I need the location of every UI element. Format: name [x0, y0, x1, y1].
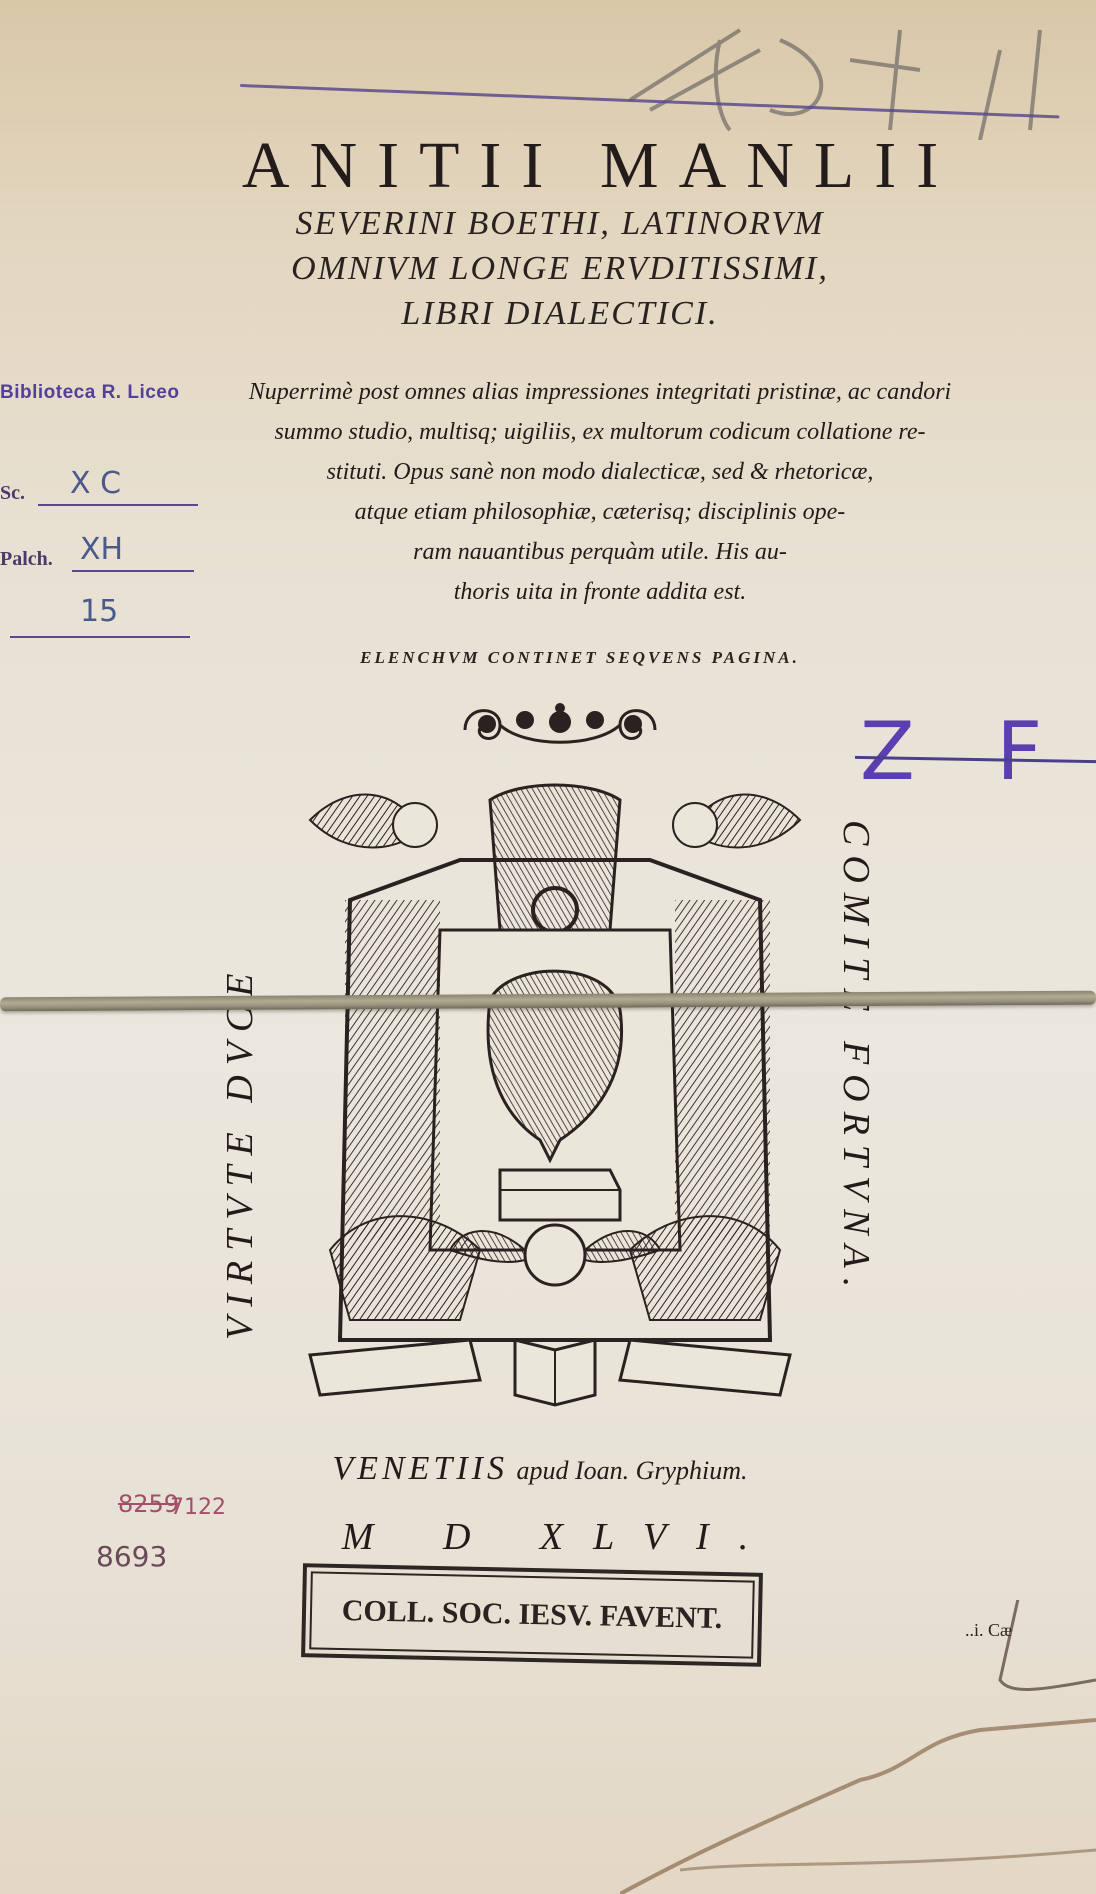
contents-note: ELENCHVM CONTINET SEQVENS PAGINA.: [270, 648, 890, 668]
printer-device-woodcut-icon: [290, 780, 820, 1420]
inventory-number: 7122: [170, 1495, 226, 1520]
torn-corner-icon: [620, 1600, 1096, 1894]
title-page: 47 F 14 ANITII MANLII SEVERINI BOETHI, L…: [0, 0, 1096, 1894]
description-line: Nuperrimè post omnes alias impressiones …: [200, 372, 1000, 412]
stamp-label-palch: Palch.: [0, 548, 53, 571]
title-line-1: ANITII MANLII: [120, 128, 1080, 204]
title-line-4: LIBRI DIALECTICI.: [150, 295, 970, 333]
title-line-3: OMNIVM LONGE ERVDITISSIMI,: [150, 250, 970, 288]
stamp-line: [38, 504, 198, 506]
torn-fragment-text: ..i. Cæ: [965, 1620, 1012, 1641]
pencil-scribble-icon: [620, 10, 1080, 140]
stamp-line: [10, 636, 190, 638]
library-stamp-header: Biblioteca R. Liceo: [0, 382, 179, 404]
stamp-label-sc: Sc.: [0, 482, 25, 505]
title-line-2: SEVERINI BOETHI, LATINORVM: [150, 205, 970, 243]
imprint-line: VENETIIS apud Ioan. Gryphium.: [240, 1450, 840, 1488]
fleuron-ornament-icon: [455, 700, 665, 750]
current-inventory-number: 8693: [96, 1540, 167, 1573]
shelf-value-sc: X C: [70, 466, 121, 501]
description-line: thoris uita in fronte addita est.: [200, 572, 1000, 612]
description-paragraph: Nuperrimè post omnes alias impressiones …: [200, 372, 1000, 612]
shelf-value-number: 15: [80, 594, 118, 629]
description-line: stituti. Opus sanè non modo dialecticæ, …: [200, 452, 1000, 492]
imprint-place: VENETIIS: [332, 1450, 508, 1487]
imprint-year: M D XLVI.: [300, 1515, 820, 1559]
motto-left: VIRTVTE DVCE: [218, 964, 262, 1340]
description-line: atque etiam philosophiæ, cæterisq; disci…: [200, 492, 1000, 532]
description-line: ram nauantibus perquàm utile. His au-: [200, 532, 1000, 572]
right-shelfmark: Z F: [860, 705, 1070, 798]
imprint-printer: apud Ioan. Gryphium.: [516, 1456, 747, 1485]
motto-right: COMITE FORTVNA.: [834, 820, 878, 1297]
shelf-value-palch: XH: [80, 532, 123, 567]
stamp-line: [72, 570, 194, 572]
description-line: summo studio, multisq; uigiliis, ex mult…: [200, 412, 1000, 452]
